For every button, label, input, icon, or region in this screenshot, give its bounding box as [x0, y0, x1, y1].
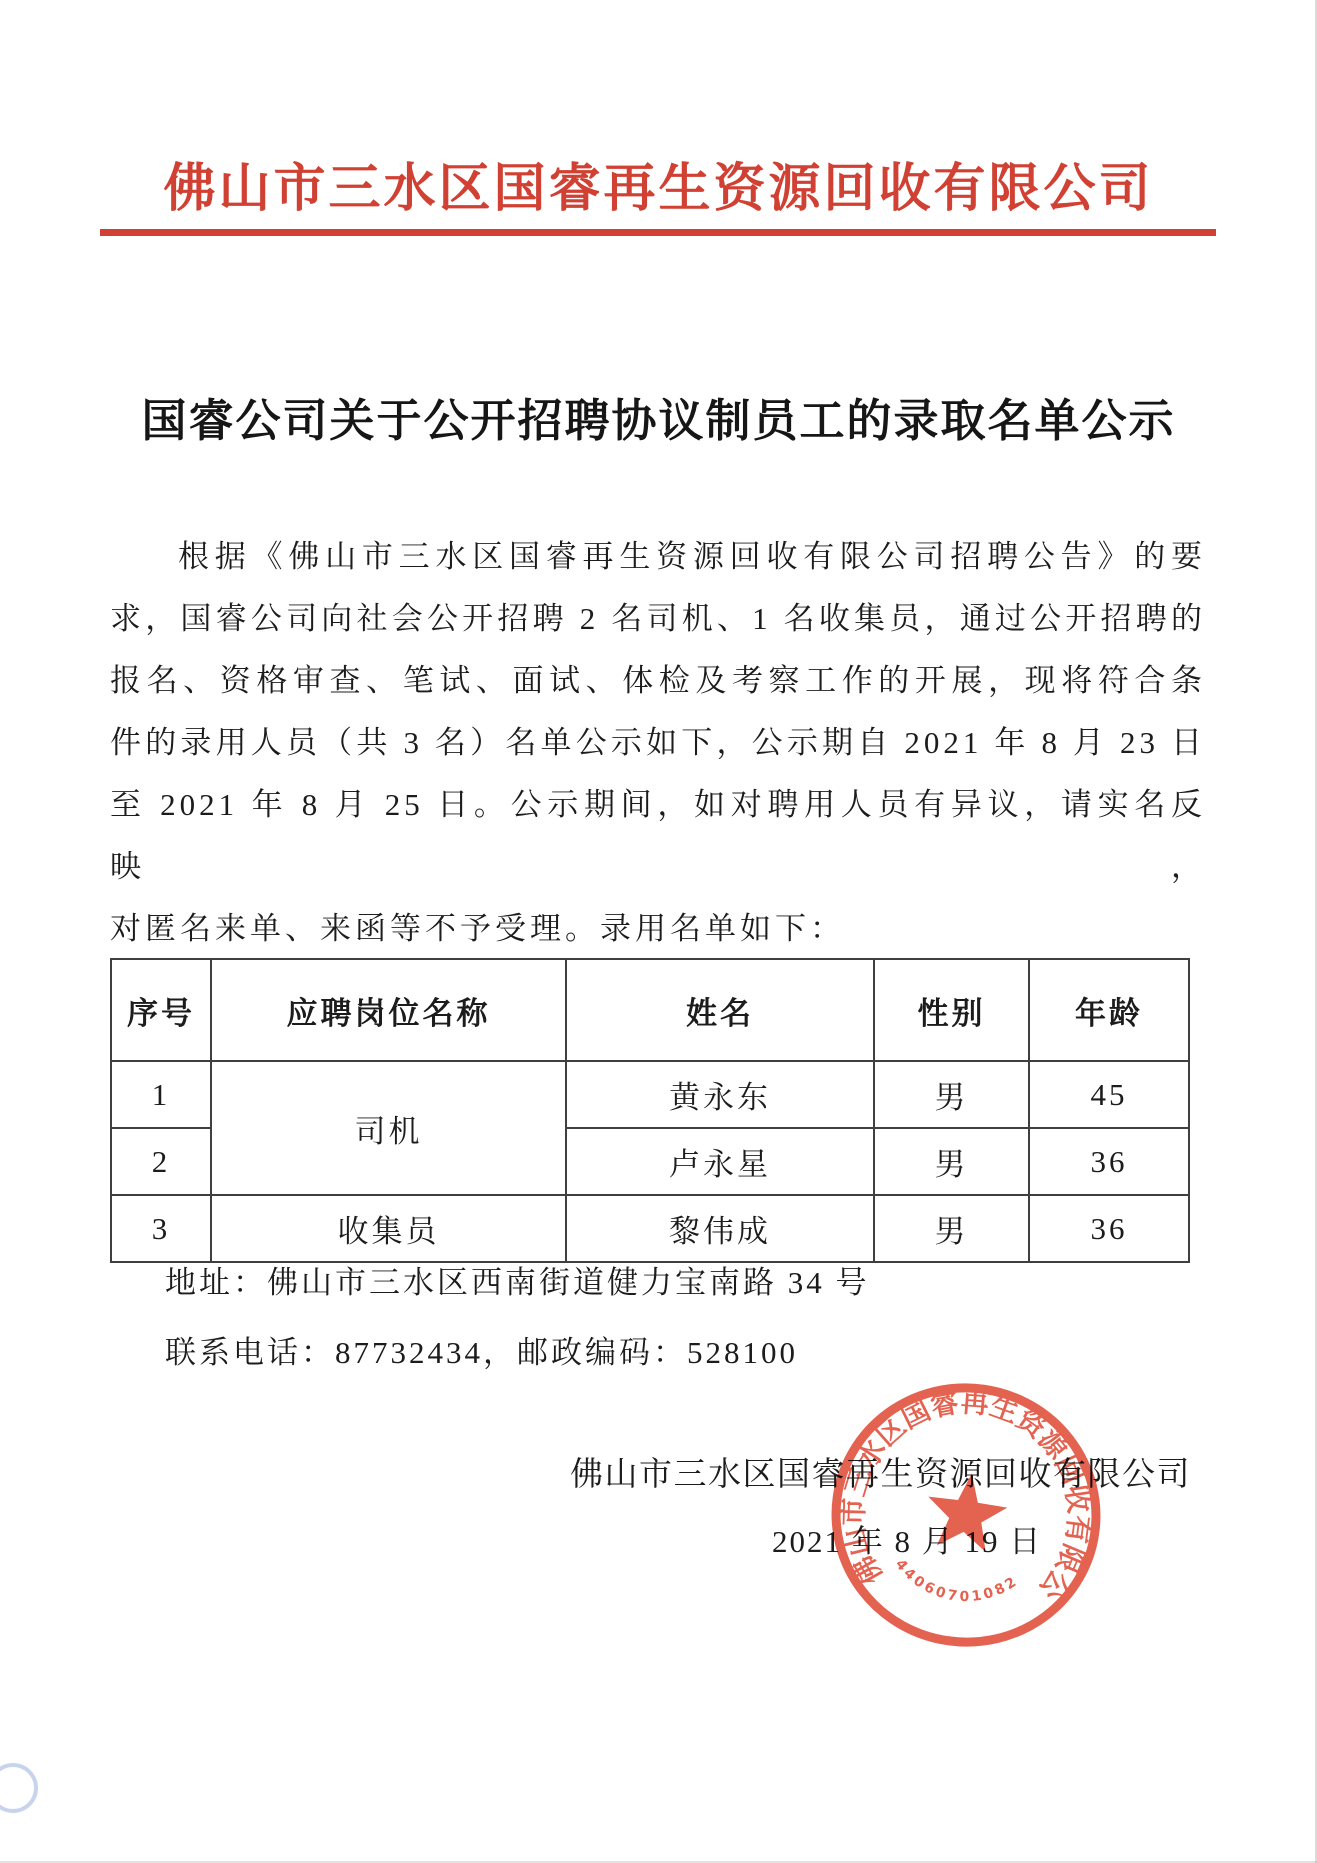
cell-gender-1: 男 — [874, 1061, 1029, 1128]
cell-age-2: 36 — [1029, 1128, 1189, 1195]
table-header-row: 序号 应聘岗位名称 姓名 性别 年龄 — [111, 959, 1189, 1061]
company-seal-stamp: 佛山市三水区国睿再生资源回收有限公司 4406070108248 — [826, 1378, 1106, 1652]
document-page: 佛山市三水区国睿再生资源回收有限公司 国睿公司关于公开招聘协议制员工的录取名单公… — [0, 0, 1317, 1863]
body-line: 至 2021 年 8 月 25 日。公示期间，如对聘用人员有异议，请实名反映， — [110, 774, 1206, 898]
header-cell-no: 序号 — [111, 959, 211, 1061]
cell-age-3: 36 — [1029, 1195, 1189, 1262]
cell-name-1: 黄永东 — [566, 1061, 874, 1128]
table-row: 1 司机 黄永东 男 45 — [111, 1061, 1189, 1128]
body-line: 求，国睿公司向社会公开招聘 2 名司机、1 名收集员，通过公开招聘的 — [110, 588, 1206, 650]
company-header-title: 佛山市三水区国睿再生资源回收有限公司 — [0, 146, 1317, 221]
body-line: 件的录用人员（共 3 名）名单公示如下，公示期自 2021 年 8 月 23 日 — [110, 712, 1206, 774]
hiring-roster-table: 序号 应聘岗位名称 姓名 性别 年龄 1 司机 黄永东 男 45 2 卢永星 男… — [110, 958, 1190, 1263]
document-title: 国睿公司关于公开招聘协议制员工的录取名单公示 — [0, 384, 1317, 449]
cell-position-driver-merged: 司机 — [211, 1061, 566, 1195]
header-divider-rule — [100, 229, 1216, 236]
seal-star-icon — [922, 1468, 1012, 1554]
cell-age-1: 45 — [1029, 1061, 1189, 1128]
cell-gender-2: 男 — [874, 1128, 1029, 1195]
cell-name-2: 卢永星 — [566, 1128, 874, 1195]
header-cell-gender: 性别 — [874, 959, 1029, 1061]
cell-no-1: 1 — [111, 1061, 211, 1128]
cell-no-2: 2 — [111, 1128, 211, 1195]
body-line: 根据《佛山市三水区国睿再生资源回收有限公司招聘公告》的要 — [110, 526, 1206, 588]
body-paragraph: 根据《佛山市三水区国睿再生资源回收有限公司招聘公告》的要 求，国睿公司向社会公开… — [110, 526, 1206, 960]
header-cell-name: 姓名 — [566, 959, 874, 1061]
address-line: 地址：佛山市三水区西南街道健力宝南路 34 号 — [165, 1252, 870, 1314]
scan-artifact-blue-ring — [0, 1763, 38, 1813]
body-line: 报名、资格审查、笔试、面试、体检及考察工作的开展，现将符合条 — [110, 650, 1206, 712]
cell-gender-3: 男 — [874, 1195, 1029, 1262]
body-line: 对匿名来单、来函等不予受理。录用名单如下： — [110, 898, 1206, 960]
phone-postcode-line: 联系电话：87732434，邮政编码：528100 — [165, 1322, 798, 1384]
header-cell-position: 应聘岗位名称 — [211, 959, 566, 1061]
header-cell-age: 年龄 — [1029, 959, 1189, 1061]
